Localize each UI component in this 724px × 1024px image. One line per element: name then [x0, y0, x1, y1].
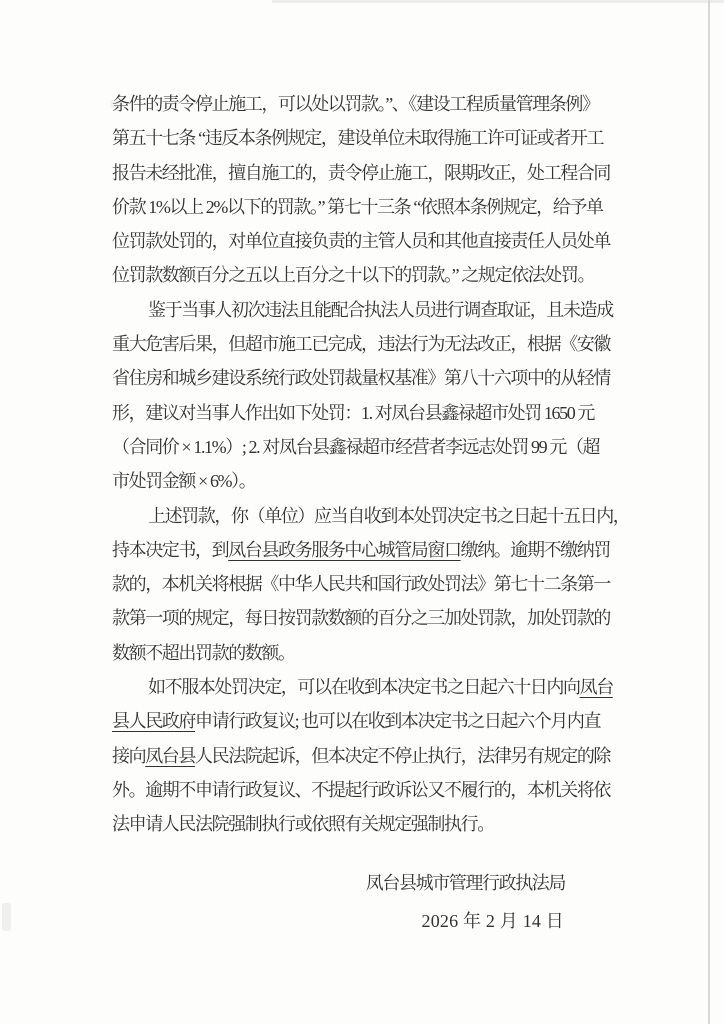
text-segment: 申请行政复议; 也可以在收到本决定书之日起六个月内直	[195, 711, 600, 731]
document-line: 市处罚金额 × 6%）。	[112, 464, 612, 498]
scan-artifact-top	[272, 0, 724, 3]
text-segment: 数额不超出罚款的数额。	[112, 643, 295, 663]
text-segment: 位罚款数额百分之五以上百分之十以下的罚款。” 之规定依法处罚。	[112, 265, 594, 285]
text-segment: 如不服本处罚决定，可以在收到本决定书之日起六十日内向	[148, 677, 580, 697]
text-segment: 条件的责令停止施工，可以处以罚款。”、《建设工程质量管理条例》	[112, 94, 599, 114]
text-segment: 外。逾期不申请行政复议、不提起行政诉讼又不履行的，本机关将依	[112, 780, 610, 800]
document-line: 接向凤台县人民法院起诉，但本决定不停止执行，法律另有规定的除	[112, 739, 612, 773]
document-line: 法申请人民法院强制执行或依照有关规定强制执行。	[112, 807, 612, 841]
document-line: （合同价 × 1.1%）; 2. 对凤台县鑫禄超市经营者李远志处罚 99 元（超	[112, 430, 612, 464]
document-line: 形，建议对当事人作出如下处罚：1. 对凤台县鑫禄超市处罚 1650 元	[112, 396, 612, 430]
text-segment: 报告未经批准，擅自施工的，责令停止施工，限期改正，处工程合同	[112, 163, 610, 183]
text-segment: （合同价 × 1.1%）; 2. 对凤台县鑫禄超市经营者李远志处罚 99 元（超	[112, 437, 599, 457]
document-line: 位罚款处罚的，对单位直接负责的主管人员和其他直接责任人员处单	[112, 224, 612, 258]
text-segment: 位罚款处罚的，对单位直接负责的主管人员和其他直接责任人员处单	[112, 231, 610, 251]
document-line: 价款 1%以上 2%以下的罚款。” 第七十三条 “依照本条例规定，给予单	[112, 190, 612, 224]
text-segment: 上述罚款，你（单位）应当自收到本处罚决定书之日起十五日内，	[148, 506, 629, 526]
text-segment: 省住房和城乡建设系统行政处罚裁量权基准》第八十六项中的从轻情	[112, 368, 610, 388]
underlined-text: 凤台县政务服务中心城管局窗口	[228, 540, 460, 560]
document-line: 条件的责令停止施工，可以处以罚款。”、《建设工程质量管理条例》	[112, 87, 612, 121]
document-line: 报告未经批准，擅自施工的，责令停止施工，限期改正，处工程合同	[112, 156, 612, 190]
scanned-document-page: 条件的责令停止施工，可以处以罚款。”、《建设工程质量管理条例》第五十七条 “违反…	[0, 0, 724, 1024]
scan-artifact-speck	[2, 903, 11, 931]
document-line: 如不服本处罚决定，可以在收到本决定书之日起六十日内向凤台	[112, 670, 612, 704]
document-line: 上述罚款，你（单位）应当自收到本处罚决定书之日起十五日内，	[112, 499, 612, 533]
text-segment: 款的，本机关将根据《中华人民共和国行政处罚法》第七十二条第一	[112, 574, 610, 594]
document-line: 款第一项的规定，每日按罚款数额的百分之三加处罚款，加处罚款的	[112, 601, 612, 635]
scan-edge-shadow	[708, 0, 710, 1024]
document-body: 条件的责令停止施工，可以处以罚款。”、《建设工程质量管理条例》第五十七条 “违反…	[112, 87, 612, 842]
document-line: 外。逾期不申请行政复议、不提起行政诉讼又不履行的，本机关将依	[112, 773, 612, 807]
document-line: 第五十七条 “违反本条例规定，建设单位未取得施工许可证或者开工	[112, 121, 612, 155]
text-segment: 价款 1%以上 2%以下的罚款。” 第七十三条 “依照本条例规定，给予单	[112, 197, 603, 217]
text-segment: 市处罚金额 × 6%）。	[112, 471, 255, 491]
document-line: 省住房和城乡建设系统行政处罚裁量权基准》第八十六项中的从轻情	[112, 361, 612, 395]
underlined-text: 县人民政府	[112, 711, 195, 731]
issue-date: 2026 年 2 月 14 日	[422, 904, 565, 938]
text-segment: 第五十七条 “违反本条例规定，建设单位未取得施工许可证或者开工	[112, 128, 603, 148]
document-line: 重大危害后果，但超市施工已完成，违法行为无法改正，根据《安徽	[112, 327, 612, 361]
issuer-agency-signature: 凤台县城市管理行政执法局	[366, 866, 565, 900]
document-line: 鉴于当事人初次违法且能配合执法人员进行调查取证，且未造成	[112, 293, 612, 327]
text-segment: 人民法院起诉，但本决定不停止执行，法律另有规定的除	[195, 746, 610, 766]
document-line: 数额不超出罚款的数额。	[112, 636, 612, 670]
text-segment: 形，建议对当事人作出如下处罚：1. 对凤台县鑫禄超市处罚 1650 元	[112, 403, 594, 423]
text-segment: 持本决定书，到	[112, 540, 228, 560]
document-line: 款的，本机关将根据《中华人民共和国行政处罚法》第七十二条第一	[112, 567, 612, 601]
document-line: 位罚款数额百分之五以上百分之十以下的罚款。” 之规定依法处罚。	[112, 258, 612, 292]
text-segment: 法申请人民法院强制执行或依照有关规定强制执行。	[112, 814, 494, 834]
text-segment: 接向	[112, 746, 145, 766]
text-segment: 款第一项的规定，每日按罚款数额的百分之三加处罚款，加处罚款的	[112, 608, 610, 628]
text-segment: 重大危害后果，但超市施工已完成，违法行为无法改正，根据《安徽	[112, 334, 610, 354]
text-segment: 鉴于当事人初次违法且能配合执法人员进行调查取证，且未造成	[148, 300, 613, 320]
text-segment: 缴纳。逾期不缴纳罚	[461, 540, 610, 560]
underlined-text: 凤台	[580, 677, 613, 697]
document-line: 县人民政府申请行政复议; 也可以在收到本决定书之日起六个月内直	[112, 704, 612, 738]
underlined-text: 凤台县	[145, 746, 195, 766]
document-line: 持本决定书，到凤台县政务服务中心城管局窗口缴纳。逾期不缴纳罚	[112, 533, 612, 567]
